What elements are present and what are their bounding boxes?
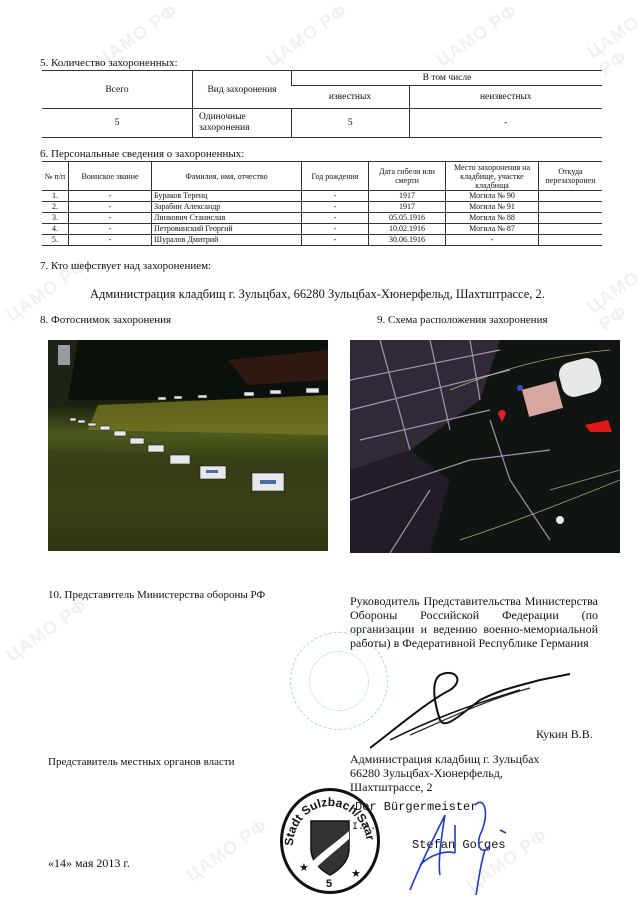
ministry-representative-org: Руководитель Представительства Министерс… [350, 594, 598, 650]
cell-name: Зарабин Александр [152, 202, 302, 213]
table-row: 2.-Зарабин Александр-1917Могила № 91 [42, 202, 602, 213]
cell-rank: - [69, 191, 152, 202]
cell-n: 1. [42, 191, 69, 202]
stamp-ia: I.A. [352, 822, 376, 833]
cell-unknown: - [409, 109, 602, 138]
cell-place: Могила № 90 [446, 191, 539, 202]
header-total: Всего [42, 71, 193, 109]
header-rank: Воинское звание [69, 162, 152, 191]
local-org-line2: 66280 Зульцбах-Хюнерфельд, [350, 766, 539, 780]
cell-name: Линкович Станислав [152, 213, 302, 224]
local-authority-title: Представитель местных органов власти [48, 756, 235, 768]
table-row: 4.-Петровинский Георгий-10.02.1916Могила… [42, 224, 602, 235]
local-org-line1: Администрация кладбищ г. Зульцбах [350, 752, 539, 766]
header-burial-place: Место захоронения на кладбище, участке к… [446, 162, 539, 191]
cell-rank: - [69, 224, 152, 235]
cell-from [539, 224, 603, 235]
cell-place: - [446, 235, 539, 246]
cemetery-photo-illustration [48, 340, 328, 551]
section10-title: 10. Представитель Министерства обороны Р… [48, 589, 265, 601]
section6-title: 6. Персональные сведения о захороненных: [40, 148, 244, 160]
cell-died: 30.06.1916 [369, 235, 446, 246]
signature-gorges [400, 795, 530, 900]
cell-born: - [302, 224, 369, 235]
cell-from [539, 202, 603, 213]
satellite-map-illustration [350, 340, 620, 553]
cell-type: Одиночные захоронения [193, 109, 292, 138]
table-row: 5.-Шуралов Дмитрий-30.06.1916- [42, 235, 602, 246]
section9-title: 9. Схема расположения захоронения [377, 314, 548, 326]
cell-died: 10.02.1916 [369, 224, 446, 235]
header-including: В том числе [292, 71, 603, 86]
local-org-line3: Шахтштрассе, 2 [350, 780, 539, 794]
patron-organization: Администрация кладбищ г. Зульцбах, 66280… [90, 287, 545, 302]
personal-data-table: № п/п Воинское звание Фамилия, имя, отче… [42, 161, 602, 246]
seal-emblem-icon [309, 651, 369, 711]
header-number: № п/п [42, 162, 69, 191]
watermark: ЦАМО РФ [583, 267, 641, 335]
cell-name: Шуралов Дмитрий [152, 235, 302, 246]
location-map [350, 340, 620, 553]
local-authority-org: Администрация кладбищ г. Зульцбах 66280 … [350, 752, 539, 794]
burial-photo [48, 340, 328, 551]
cell-born: - [302, 235, 369, 246]
svg-text:★: ★ [299, 862, 309, 874]
cell-place: Могила № 87 [446, 224, 539, 235]
cell-n: 2. [42, 202, 69, 213]
cell-place: Могила № 91 [446, 202, 539, 213]
burial-count-table: Всего Вид захоронения В том числе извест… [42, 70, 602, 138]
cell-died: 1917 [369, 202, 446, 213]
watermark: ЦАМО РФ [263, 0, 352, 71]
header-name: Фамилия, имя, отчество [152, 162, 302, 191]
cell-rank: - [69, 235, 152, 246]
cell-born: - [302, 213, 369, 224]
svg-text:5: 5 [326, 878, 332, 890]
section7-title: 7. Кто шефствует над захоронением: [40, 260, 211, 272]
cell-born: - [302, 202, 369, 213]
signer-name-kukin: Кукин В.В. [536, 727, 593, 742]
header-birth-year: Год рождения [302, 162, 369, 191]
document-date: «14» мая 2013 г. [48, 856, 130, 871]
cell-died: 1917 [369, 191, 446, 202]
cell-name: Бураков Теренц [152, 191, 302, 202]
header-known: известных [292, 86, 410, 109]
cell-from [539, 213, 603, 224]
watermark: ЦАМО РФ [433, 0, 522, 71]
header-unknown: неизвестных [409, 86, 602, 109]
watermark: ЦАМО РФ [183, 815, 272, 886]
cell-died: 05.05.1916 [369, 213, 446, 224]
cell-rank: - [69, 213, 152, 224]
cell-n: 4. [42, 224, 69, 235]
cell-n: 5. [42, 235, 69, 246]
table-row: 3.-Линкович Станислав-05.05.1916Могила №… [42, 213, 602, 224]
cell-total: 5 [42, 109, 193, 138]
section5-title: 5. Количество захороненных: [40, 57, 178, 69]
cell-from [539, 235, 603, 246]
watermark: ЦАМО РФ [3, 595, 92, 666]
cell-name: Петровинский Георгий [152, 224, 302, 235]
cell-born: - [302, 191, 369, 202]
cell-known: 5 [292, 109, 410, 138]
cell-n: 3. [42, 213, 69, 224]
cell-place: Могила № 88 [446, 213, 539, 224]
header-reburied-from: Откуда перезахоронен [539, 162, 603, 191]
header-type: Вид захоронения [193, 71, 292, 109]
cell-rank: - [69, 202, 152, 213]
header-death-date: Дата гибели или смерти [369, 162, 446, 191]
cell-from [539, 191, 603, 202]
table-row: 1.-Бураков Теренц-1917Могила № 90 [42, 191, 602, 202]
section8-title: 8. Фотоснимок захоронения [40, 314, 171, 326]
svg-text:★: ★ [351, 868, 361, 880]
